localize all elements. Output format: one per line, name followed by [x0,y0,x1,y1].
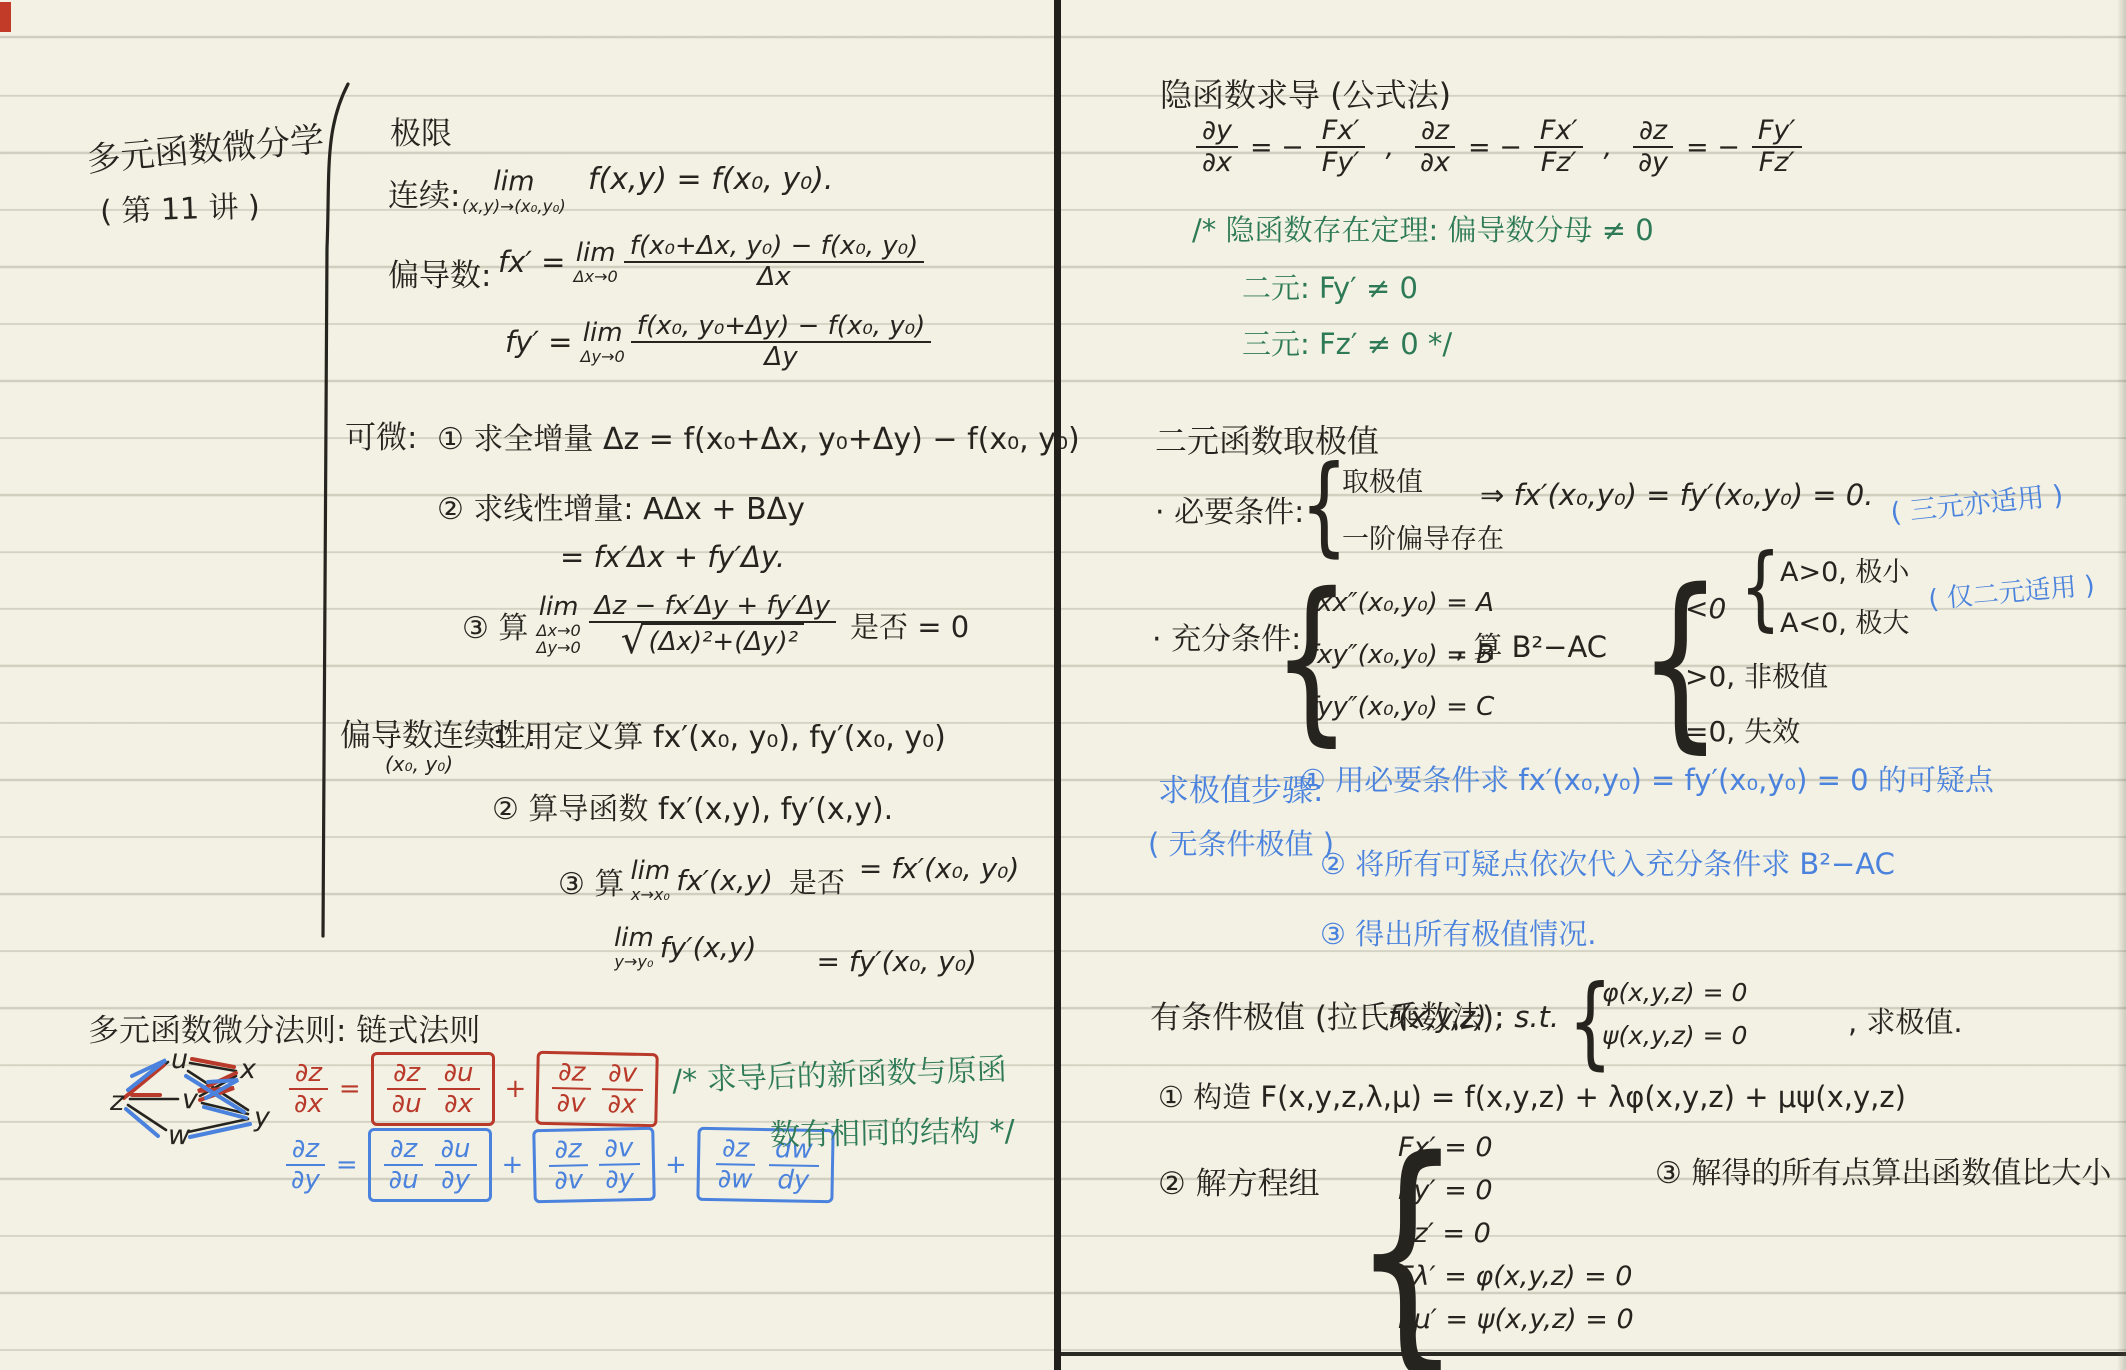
fx-over-fy-fraction: Fx′ Fy′ [1316,116,1366,178]
equals-minus: = − [1468,132,1522,163]
fx-equals: = fx′(x₀, y₀) [859,852,1019,885]
step3-prefix: ③ 算 [558,859,624,903]
chain-rule-heading: 多元函数微分法则: 链式法则 [88,1005,480,1050]
dz-dw-fraction: ∂z ∂w [711,1134,759,1195]
step3-prefix: ③ 算 [462,603,528,647]
comma: , [1603,132,1612,163]
numerator: ∂v [599,1134,640,1166]
sqrt-body: (Δx)²+(Δy)² [641,623,805,657]
equation-Fz: Fz′ = 0 [1398,1218,1634,1249]
numerator: ∂y [1196,116,1238,148]
denominator: ∂x [438,1090,479,1119]
fy-over-fz-fraction: Fy′ Fz′ [1752,116,1802,178]
continuity-expression: f(x,y) = f(x₀, y₀). [588,162,833,197]
fy-expression: fy′(x,y) [660,931,757,964]
numerator: Fx′ [1534,116,1584,148]
implicit-heading: 隐函数求导 (公式法) [1160,70,1451,116]
necessary-brace: { [1300,452,1348,560]
dz-du-fraction: ∂z ∂u [383,1135,425,1195]
conditional-step2-label: ② 解方程组 [1158,1158,1320,1203]
continuity-limit: lim (x,y)→(x₀,y₀) [462,168,566,215]
necessary-item-2: 一阶偏导存在 [1342,517,1504,556]
lim-subscript: (x,y)→(x₀,y₀) [462,198,566,215]
pd-continuity-step2: ② 算导函数 fx′(x,y), fy′(x,y). [492,784,893,828]
lim-symbol: lim [493,168,534,195]
denominator: ∂u [383,1166,425,1195]
lim-subscript: Δx→0 [573,269,617,285]
pd-continuity-point: (x₀, y₀) [385,752,453,776]
dz-du-fraction: ∂z ∂u [386,1059,428,1119]
notebook-page: 多元函数微分学 ( 第 11 讲 ) 极限 连续: lim (x,y)→(x₀,… [0,0,2126,1370]
sufficient-item-A: fxx″(x₀,y₀) = A [1308,588,1494,618]
fx-expression: fx′(x,y) [676,864,773,897]
numerator: ∂z [387,1059,426,1090]
fy-lhs: fy′ = [505,325,572,359]
numerator: ∂z [289,1059,328,1090]
limit-y: lim y→y₀ [614,925,654,970]
conditional-step3: ③ 解得的所有点算出函数值比大小 [1655,1148,2111,1192]
denominator: ∂x [288,1090,329,1119]
steps-sublabel: ( 无条件极值 ) [1148,822,1334,863]
equals-sign: = [336,1150,358,1180]
denominator: ∂x [1414,148,1456,178]
constraint-items: φ(x,y,z) = 0 ψ(x,y,z) = 0 [1602,978,1747,1050]
fy-fraction: f(x₀, y₀+Δy) − f(x₀, y₀) Δy [631,312,931,372]
lim-subscript: Δy→0 [580,349,624,365]
dz-dx-fraction: ∂z ∂x [288,1059,329,1119]
denominator: ∂v [548,1166,589,1196]
page-title: 多元函数微分学 [84,112,325,182]
A-negative-maximum: A<0, 极大 [1780,601,1909,640]
conditional-tail: , 求极值. [1848,1000,1963,1041]
lim-subscript: x→x₀ [631,887,670,903]
chain-term-box: ∂z ∂v ∂v ∂y [533,1127,656,1204]
lim-subscript-dy: Δy→0 [536,640,580,656]
implicit-note3: 三元: Fz′ ≠ 0 */ [1242,322,1452,363]
node-u: u [171,1046,188,1075]
whether-label: 是否 [789,861,845,901]
step3-limit: lim Δx→0 Δy→0 [536,594,580,655]
node-x: x [239,1054,257,1085]
chain-term-box: ∂z ∂u ∂u ∂y [368,1128,492,1202]
numerator: ∂z [716,1134,756,1166]
step3-fraction: Δz − fx′Δy + fy′Δy √ (Δx)²+(Δy)² [589,592,836,658]
pd-continuity-step3a: ③ 算 lim x→x₀ fx′(x,y) 是否 = fx′(x₀, y₀) [558,858,1019,903]
fy-limit: lim Δy→0 [580,320,624,365]
plus-sign: + [505,1074,527,1104]
lim-symbol: lim [583,320,623,346]
lim-symbol: lim [539,594,579,620]
necessary-note: ( 三元亦适用 ) [1888,473,2064,530]
dz-dy-fraction: ∂z ∂y [285,1135,326,1195]
step3-denominator: √ (Δx)²+(Δy)² [615,623,810,658]
fx-fraction: f(x₀+Δx, y₀) − f(x₀, y₀) Δx [624,232,924,292]
chain-rule-diagram: z u v w x y [108,1046,293,1150]
continuity-label: 连续: [388,170,460,215]
equation-Fx: Fx′ = 0 [1398,1132,1634,1163]
numerator: Fx′ [1316,116,1366,148]
comma: , [1385,132,1394,163]
denominator: ∂y [285,1166,326,1195]
differentiable-step1: ① 求全增量 Δz = f(x₀+Δx, y₀+Δy) − f(x₀, y₀) [437,414,1080,458]
fx-denominator: Δx [751,263,796,292]
denominator: Fz′ [1535,148,1583,178]
page-divider [1054,0,1061,1370]
node-w: w [168,1120,191,1150]
denominator: ∂x [602,1090,643,1120]
chain-term-box: ∂z ∂u ∂u ∂x [371,1052,495,1126]
equation-Fy: Fy′ = 0 [1398,1175,1634,1206]
numerator: ∂z [384,1135,423,1166]
numerator: ∂z [1633,116,1673,148]
numerator: ∂u [438,1059,480,1090]
node-v: v [182,1084,199,1115]
steps-step1: ① 用必要条件求 fx′(x₀,y₀) = fy′(x₀,y₀) = 0 的可疑… [1300,758,1994,799]
steps-step3: ③ 得出所有极值情况. [1320,912,1596,953]
sign-of-A-brace: { [1740,542,1781,634]
lim-symbol: lim [614,925,654,951]
pd-continuity-step1: ① 用定义算 fx′(x₀, y₀), fy′(x₀, y₀) [487,712,946,756]
numerator: ∂z [286,1135,325,1166]
numerator: ∂z [1415,116,1455,148]
chain-term-box: ∂z ∂v ∂v ∂x [536,1051,659,1128]
equation-Fmu: Fμ′ = ψ(x,y,z) = 0 [1398,1304,1634,1335]
differentiable-step2b: = fx′Δx + fy′Δy. [560,540,785,574]
denominator: dy [771,1166,815,1196]
du-dx-fraction: ∂u ∂x [438,1059,480,1119]
equals-minus: = − [1686,132,1740,163]
partial-derivative-label: 偏导数: [388,250,491,295]
dv-dy-fraction: ∂v ∂y [599,1134,641,1195]
dz-dv-fraction: ∂z ∂v [551,1058,593,1119]
plus-sign: + [665,1150,687,1180]
node-y: y [253,1102,271,1133]
limit-label: 极限 [390,108,452,153]
equals-minus: = − [1250,132,1304,163]
lim-subscript: y→y₀ [614,954,653,970]
fy-definition: fy′ = lim Δy→0 f(x₀, y₀+Δy) − f(x₀, y₀) … [505,312,931,372]
fx-over-fz-fraction: Fx′ Fz′ [1534,116,1584,178]
A-positive-minimum: A>0, 极小 [1780,550,1909,589]
differentiable-label: 可微: [345,412,417,457]
denominator: ∂y [435,1166,476,1195]
sufficient-item-C: fyy″(x₀,y₀) = C [1308,692,1494,722]
fy-numerator: f(x₀, y₀+Δy) − f(x₀, y₀) [631,312,931,343]
du-dy-fraction: ∂u ∂y [435,1135,477,1195]
equals-sign: = [339,1074,361,1104]
fy-denominator: Δy [758,343,803,372]
dv-dx-fraction: ∂v ∂x [602,1059,644,1120]
outcome-zero: =0, 失效 [1685,710,1800,750]
numerator: Fy′ [1752,116,1802,148]
implicit-note1: /* 隐函数存在定理: 偏导数分母 ≠ 0 [1192,208,1654,249]
numerator: ∂u [435,1135,477,1166]
page-bottom-edge [1061,1352,2126,1356]
dz-dv-fraction: ∂z ∂v [548,1135,590,1196]
lim-symbol: lim [576,240,616,266]
numerator: ∂z [552,1058,592,1090]
node-z: z [109,1086,125,1117]
sign-of-A-items: A>0, 极小 A<0, 极大 [1780,550,1909,640]
two-variable-only-note: ( 仅二元适用 ) [1927,565,2096,616]
conditional-step1: ① 构造 F(x,y,z,λ,μ) = f(x,y,z) + λφ(x,y,z)… [1158,1075,1906,1116]
equation-system: Fx′ = 0 Fy′ = 0 Fz′ = 0 Fλ′ = φ(x,y,z) =… [1398,1132,1634,1335]
outcome-positive: >0, 非极值 [1685,655,1828,695]
differentiable-step2: ② 求线性增量: AΔx + BΔy [437,484,805,528]
implicit-note2: 二元: Fy′ ≠ 0 [1242,266,1418,307]
chain-rule-dy-formula: ∂z ∂y = ∂z ∂u ∂u ∂y + ∂z ∂v ∂v ∂y + [285,1128,833,1202]
fx-limit: lim Δx→0 [573,240,617,285]
fx-definition: fx′ = lim Δx→0 f(x₀+Δx, y₀) − f(x₀, y₀) … [498,232,924,292]
red-corner-tab [0,2,11,32]
limit-x: lim x→x₀ [630,858,670,903]
chain-note-line2: 数有相同的结构 */ [770,1106,1015,1154]
differentiable-step3: ③ 算 lim Δx→0 Δy→0 Δz − fx′Δy + fy′Δy √ (… [462,592,969,658]
implicit-formulas: ∂y ∂x = − Fx′ Fy′ , ∂z ∂x = − Fx′ Fz′ , … [1196,116,1802,178]
fx-lhs: fx′ = [498,245,565,279]
equation-Flambda: Fλ′ = φ(x,y,z) = 0 [1398,1261,1634,1292]
pd-continuity-step3b: lim y→y₀ fy′(x,y) = fy′(x₀, y₀) [614,925,977,970]
lim-symbol: lim [630,858,670,884]
fx-numerator: f(x₀+Δx, y₀) − f(x₀, y₀) [624,232,924,263]
step3-suffix: 是否 = 0 [850,605,969,646]
necessary-conclusion: ⇒ fx′(x₀,y₀) = fy′(x₀,y₀) = 0. [1480,478,1873,512]
page-subtitle: ( 第 11 讲 ) [99,181,260,231]
conditional-objective: f(x,y,z) , s.t. [1388,1000,1559,1034]
chain-note-line1: /* 求导后的新函数与原函 [671,1044,1007,1100]
denominator: ∂u [386,1090,428,1119]
chain-rule-dx-formula: ∂z ∂x = ∂z ∂u ∂u ∂x + ∂z ∂v ∂v ∂x [288,1052,658,1126]
outline-brace-stroke [312,78,358,946]
numerator: ∂z [549,1135,589,1167]
denominator: Fz′ [1753,148,1801,178]
numerator: ∂v [602,1059,643,1091]
denominator: ∂v [551,1089,592,1119]
fy-equals: = fy′(x₀, y₀) [816,945,976,978]
necessary-condition-label: · 必要条件: [1155,487,1304,531]
dy-dx-fraction: ∂y ∂x [1196,116,1238,178]
sufficient-calc: , 算 B²−AC [1455,625,1607,666]
constraint-phi: φ(x,y,z) = 0 [1602,978,1747,1007]
dz-dx-fraction: ∂z ∂x [1414,116,1456,178]
denominator: ∂y [1632,148,1674,178]
steps-step2: ② 将所有可疑点依次代入充分条件求 B²−AC [1320,842,1895,883]
outcome-negative: <0 [1685,592,1726,625]
dz-dy-fraction: ∂z ∂y [1632,116,1674,178]
denominator: ∂y [599,1165,640,1195]
page-right-shadow [2117,0,2126,1370]
denominator: ∂x [1196,148,1238,178]
denominator: Fy′ [1316,148,1366,178]
steps-label: 求极值步骤: [1158,765,1323,810]
plus-sign: + [502,1150,524,1180]
denominator: ∂w [711,1165,758,1195]
constraint-psi: ψ(x,y,z) = 0 [1602,1021,1747,1050]
